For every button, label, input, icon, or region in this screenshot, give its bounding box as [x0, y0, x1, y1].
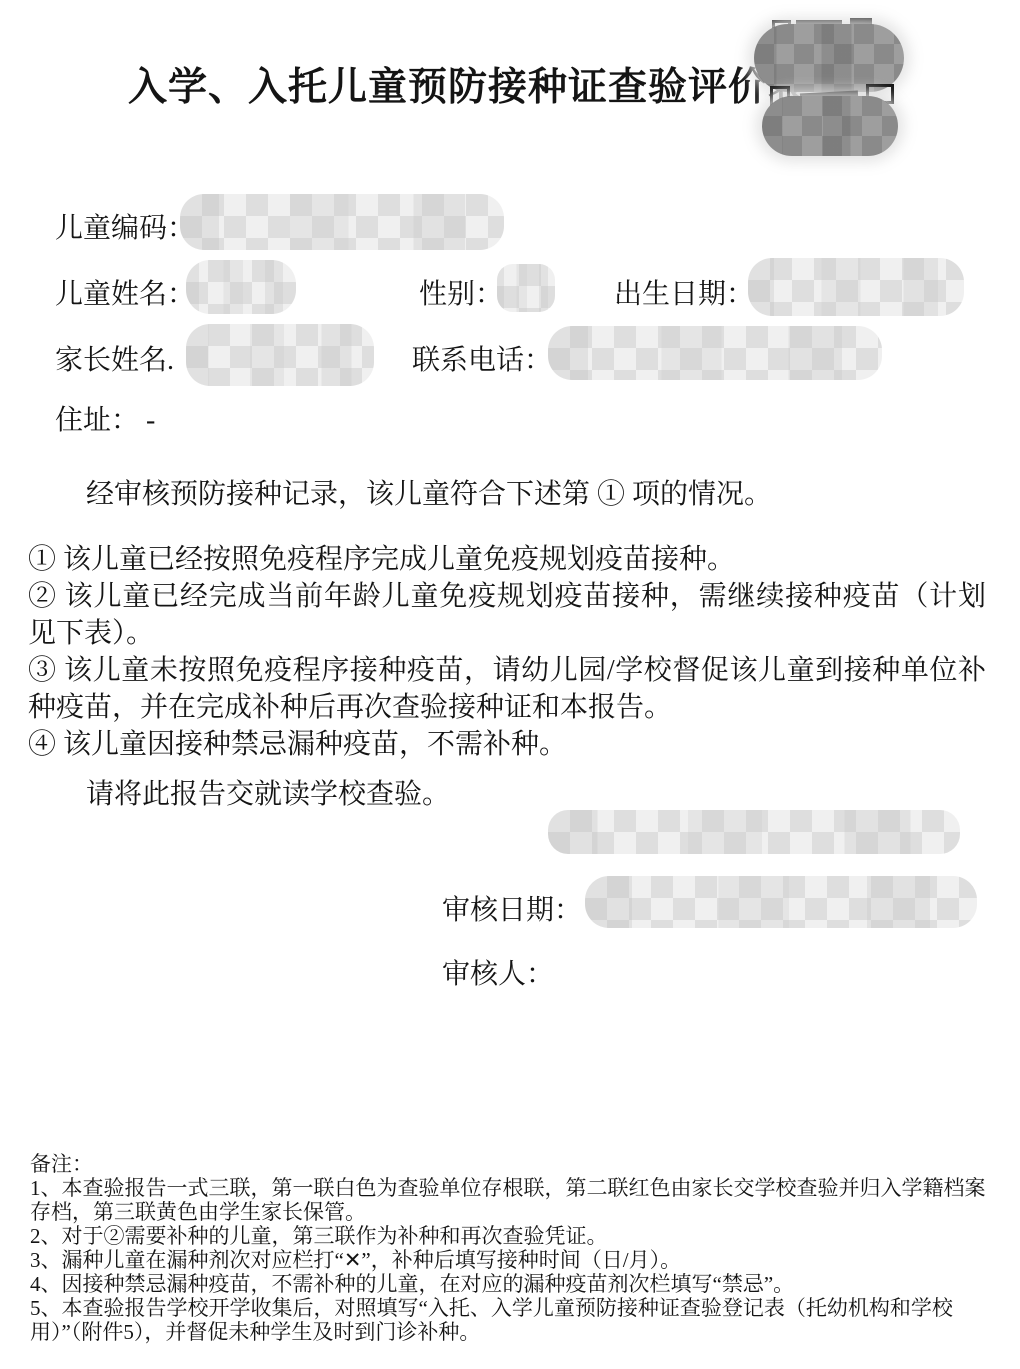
option-item-4: ④ 该儿童因接种禁忌漏种疫苗，不需补种。: [28, 726, 986, 763]
option-item-3: ③ 该儿童未按照免疫程序接种疫苗，请幼儿园/学校督促该儿童到接种单位补种疫苗，并…: [28, 652, 986, 726]
option-item-1: ① 该儿童已经按照免疫程序完成儿童免疫规划疫苗接种。: [28, 541, 986, 578]
parent-name-label: 家长姓名.: [55, 338, 174, 378]
parent-name-value-redacted: [186, 324, 374, 386]
gender-label: 性别：: [419, 272, 503, 312]
notes-section: 备注： 1、本查验报告一式三联，第一联白色为查验单位存根联，第二联红色由家长交学…: [30, 1152, 992, 1344]
reviewer-label: 审核人：: [442, 952, 554, 992]
intro-paragraph: 经审核预防接种记录，该儿童符合下述第 ① 项的情况。: [86, 476, 986, 513]
address-label: 住址：: [55, 405, 139, 436]
note-item-1: 1、本查验报告一式三联，第一联白色为查验单位存根联，第二联红色由家长交学校查验并…: [30, 1176, 992, 1224]
qr-redaction-blob: [762, 96, 898, 156]
page-title: 入学、入托儿童预防接种证查验评价表: [128, 56, 808, 112]
child-code-label: 儿童编码：: [55, 206, 195, 246]
address-value: -: [146, 405, 155, 436]
notes-header: 备注：: [30, 1152, 992, 1176]
child-code-value-redacted: [180, 194, 504, 250]
options-list: ① 该儿童已经按照免疫程序完成儿童免疫规划疫苗接种。 ② 该儿童已经完成当前年龄…: [28, 541, 986, 763]
note-item-5: 5、本查验报告学校开学收集后，对照填写“入托、入学儿童预防接种证查验登记表（托幼…: [30, 1296, 992, 1344]
child-name-label: 儿童姓名：: [55, 272, 195, 312]
review-date-label: 审核日期：: [442, 888, 582, 928]
note-item-2: 2、对于②需要补种的儿童，第三联作为补种和再次查验凭证。: [30, 1224, 992, 1248]
qr-redaction-blob: [754, 24, 904, 92]
option-item-2: ② 该儿童已经完成当前年龄儿童免疫规划疫苗接种，需继续接种疫苗（计划见下表）。: [28, 578, 986, 652]
gender-value-redacted: [497, 264, 555, 312]
document-page: 入学、入托儿童预防接种证查验评价表 儿童编码： 儿童姓名： 性别： 出生日期： …: [0, 0, 1020, 1369]
review-date-value-redacted: [585, 876, 977, 928]
birth-date-value-redacted: [748, 258, 964, 316]
address-row: 住址： -: [55, 398, 155, 438]
qr-code-redacted: [748, 6, 910, 158]
child-name-value-redacted: [186, 260, 296, 314]
note-item-3: 3、漏种儿童在漏种剂次对应栏打“✕”，补种后填写接种时间（日/月）。: [30, 1248, 992, 1272]
review-org-redacted: [548, 810, 960, 854]
phone-label: 联系电话：: [412, 338, 552, 378]
instruction-paragraph: 请将此报告交就读学校查验。: [86, 776, 450, 813]
note-item-4: 4、因接种禁忌漏种疫苗，不需补种的儿童，在对应的漏种疫苗剂次栏填写“禁忌”。: [30, 1272, 992, 1296]
phone-value-redacted: [548, 326, 882, 380]
birth-date-label: 出生日期：: [614, 272, 754, 312]
